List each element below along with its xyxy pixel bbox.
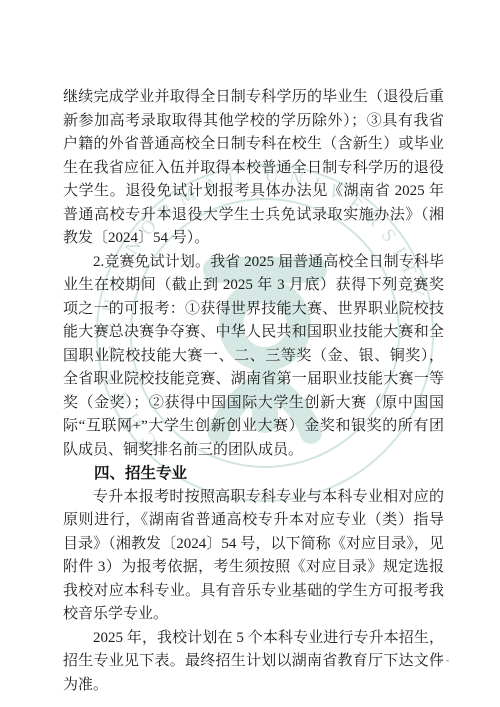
body-paragraph-continuation: 继续完成学业并取得全日制专科学历的毕业生（退役后重新参加高考录取取得其他学校的学… [63, 86, 444, 251]
body-paragraph-major-correspondence: 专升本报考时按照高职专科专业与本科专业相对应的原则进行，《湖南省普通高校专升本对… [63, 486, 444, 627]
section-heading-enrollment-majors: 四、招生专业 [63, 462, 444, 486]
document-page: CHANGSHA NORMAL UNIVERSITY 继续完成学业并取得全日制专… [0, 0, 500, 707]
body-paragraph-competition-exemption: 2.竞赛免试计划。我省 2025 届普通高校全日制专科毕业生在校期间（截止到 2… [63, 251, 444, 463]
page-number: - 5 - [430, 655, 450, 665]
body-paragraph-2025-plan: 2025 年，我校计划在 5 个本科专业进行专升本招生，招生专业见下表。最终招生… [63, 627, 444, 698]
document-body: 继续完成学业并取得全日制专科学历的毕业生（退役后重新参加高考录取取得其他学校的学… [63, 86, 444, 697]
